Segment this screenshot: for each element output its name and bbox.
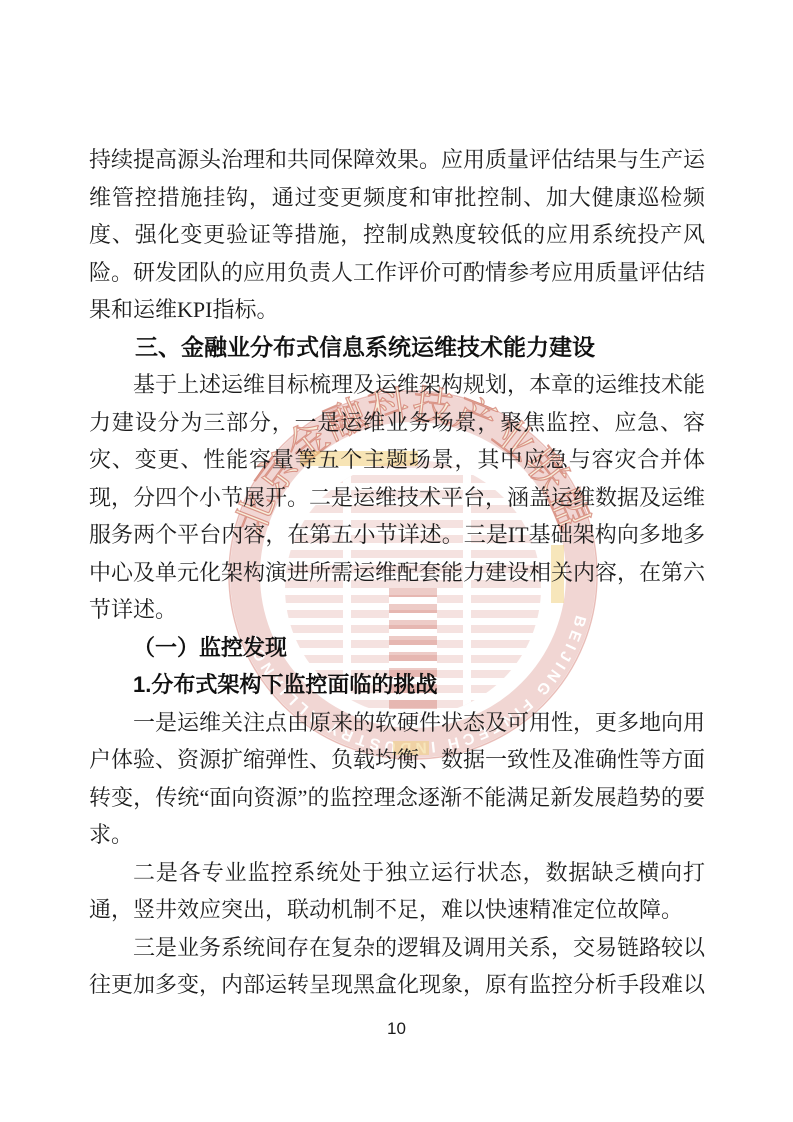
paragraph-continued: 持续提高源头治理和共同保障效果。应用质量评估结果与生产运维管控措施挂钩，通过变更…: [89, 141, 705, 329]
paragraph: 三是业务系统间存在复杂的逻辑及调用关系，交易链路较以往更加多变，内部运转呈现黑盒…: [89, 929, 705, 1004]
section-heading: 三、金融业分布式信息系统运维技术能力建设: [89, 329, 705, 367]
text-column: 持续提高源头治理和共同保障效果。应用质量评估结果与生产运维管控措施挂钩，通过变更…: [89, 141, 705, 1004]
paragraph: 一是运维关注点由原来的软硬件状态及可用性，更多地向用户体验、资源扩缩弹性、负载均…: [89, 704, 705, 854]
page-number: 10: [0, 1019, 793, 1039]
subsection-heading: （一）监控发现: [89, 629, 705, 667]
paragraph: 基于上述运维目标梳理及运维架构规划，本章的运维技术能力建设分为三部分，一是运维业…: [89, 366, 705, 629]
paragraph: 二是各专业监控系统处于独立运行状态，数据缺乏横向打通，竖井效应突出，联动机制不足…: [89, 854, 705, 929]
subsubsection-heading: 1.分布式架构下监控面临的挑战: [89, 666, 705, 704]
document-page: 北京金融科技产业联盟 BEIJING FINTECH INDUSTRY ALLI…: [0, 0, 793, 1122]
